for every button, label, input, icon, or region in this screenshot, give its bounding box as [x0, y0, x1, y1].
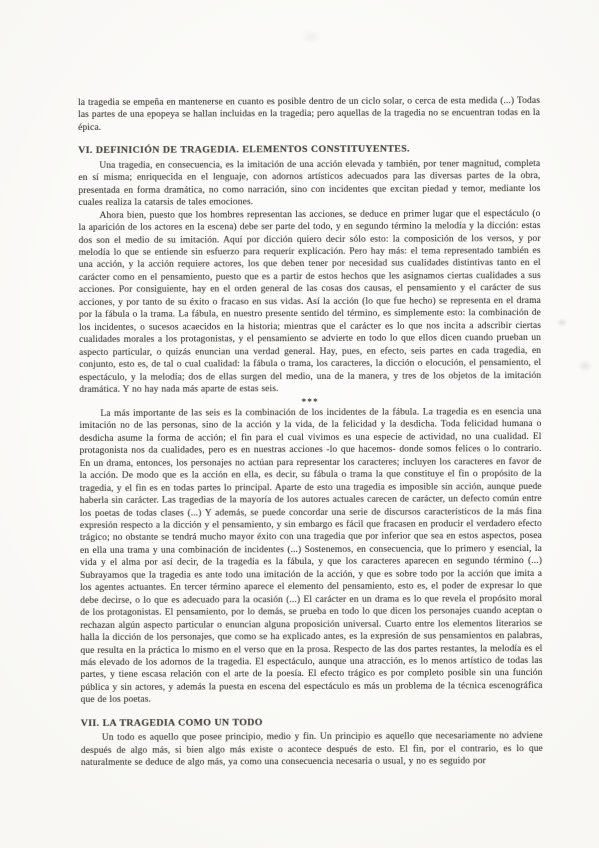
section-heading-vii-tragedia-como-un-todo: VII. LA TRAGEDIA COMO UN TODO	[81, 716, 543, 730]
scan-smudge	[300, 30, 322, 44]
paragraph-definicion-tragedia: Una tragedia, en consecuencia, es la imi…	[78, 158, 540, 210]
paragraph-un-todo: Un todo es aquello que posee principio, …	[81, 730, 543, 769]
scanned-document-page: la tragedia se empeña en mantenerse en c…	[0, 0, 599, 848]
scan-smudge	[577, 360, 593, 372]
paragraph-seis-partes: Ahora bien, puesto que los hombres repre…	[78, 208, 541, 397]
scan-smudge	[556, 318, 568, 327]
paragraph-importancia-fabula: La más importante de las seis es la comb…	[79, 406, 542, 707]
paragraph-epic-vs-tragedy: la tragedia se empeña en mantenerse en c…	[78, 95, 540, 134]
document-text-block: la tragedia se empeña en mantenerse en c…	[78, 95, 543, 770]
section-heading-vi-definicion-de-tragedia: VI. DEFINICIÓN DE TRAGEDIA. ELEMENTOS CO…	[78, 143, 540, 157]
